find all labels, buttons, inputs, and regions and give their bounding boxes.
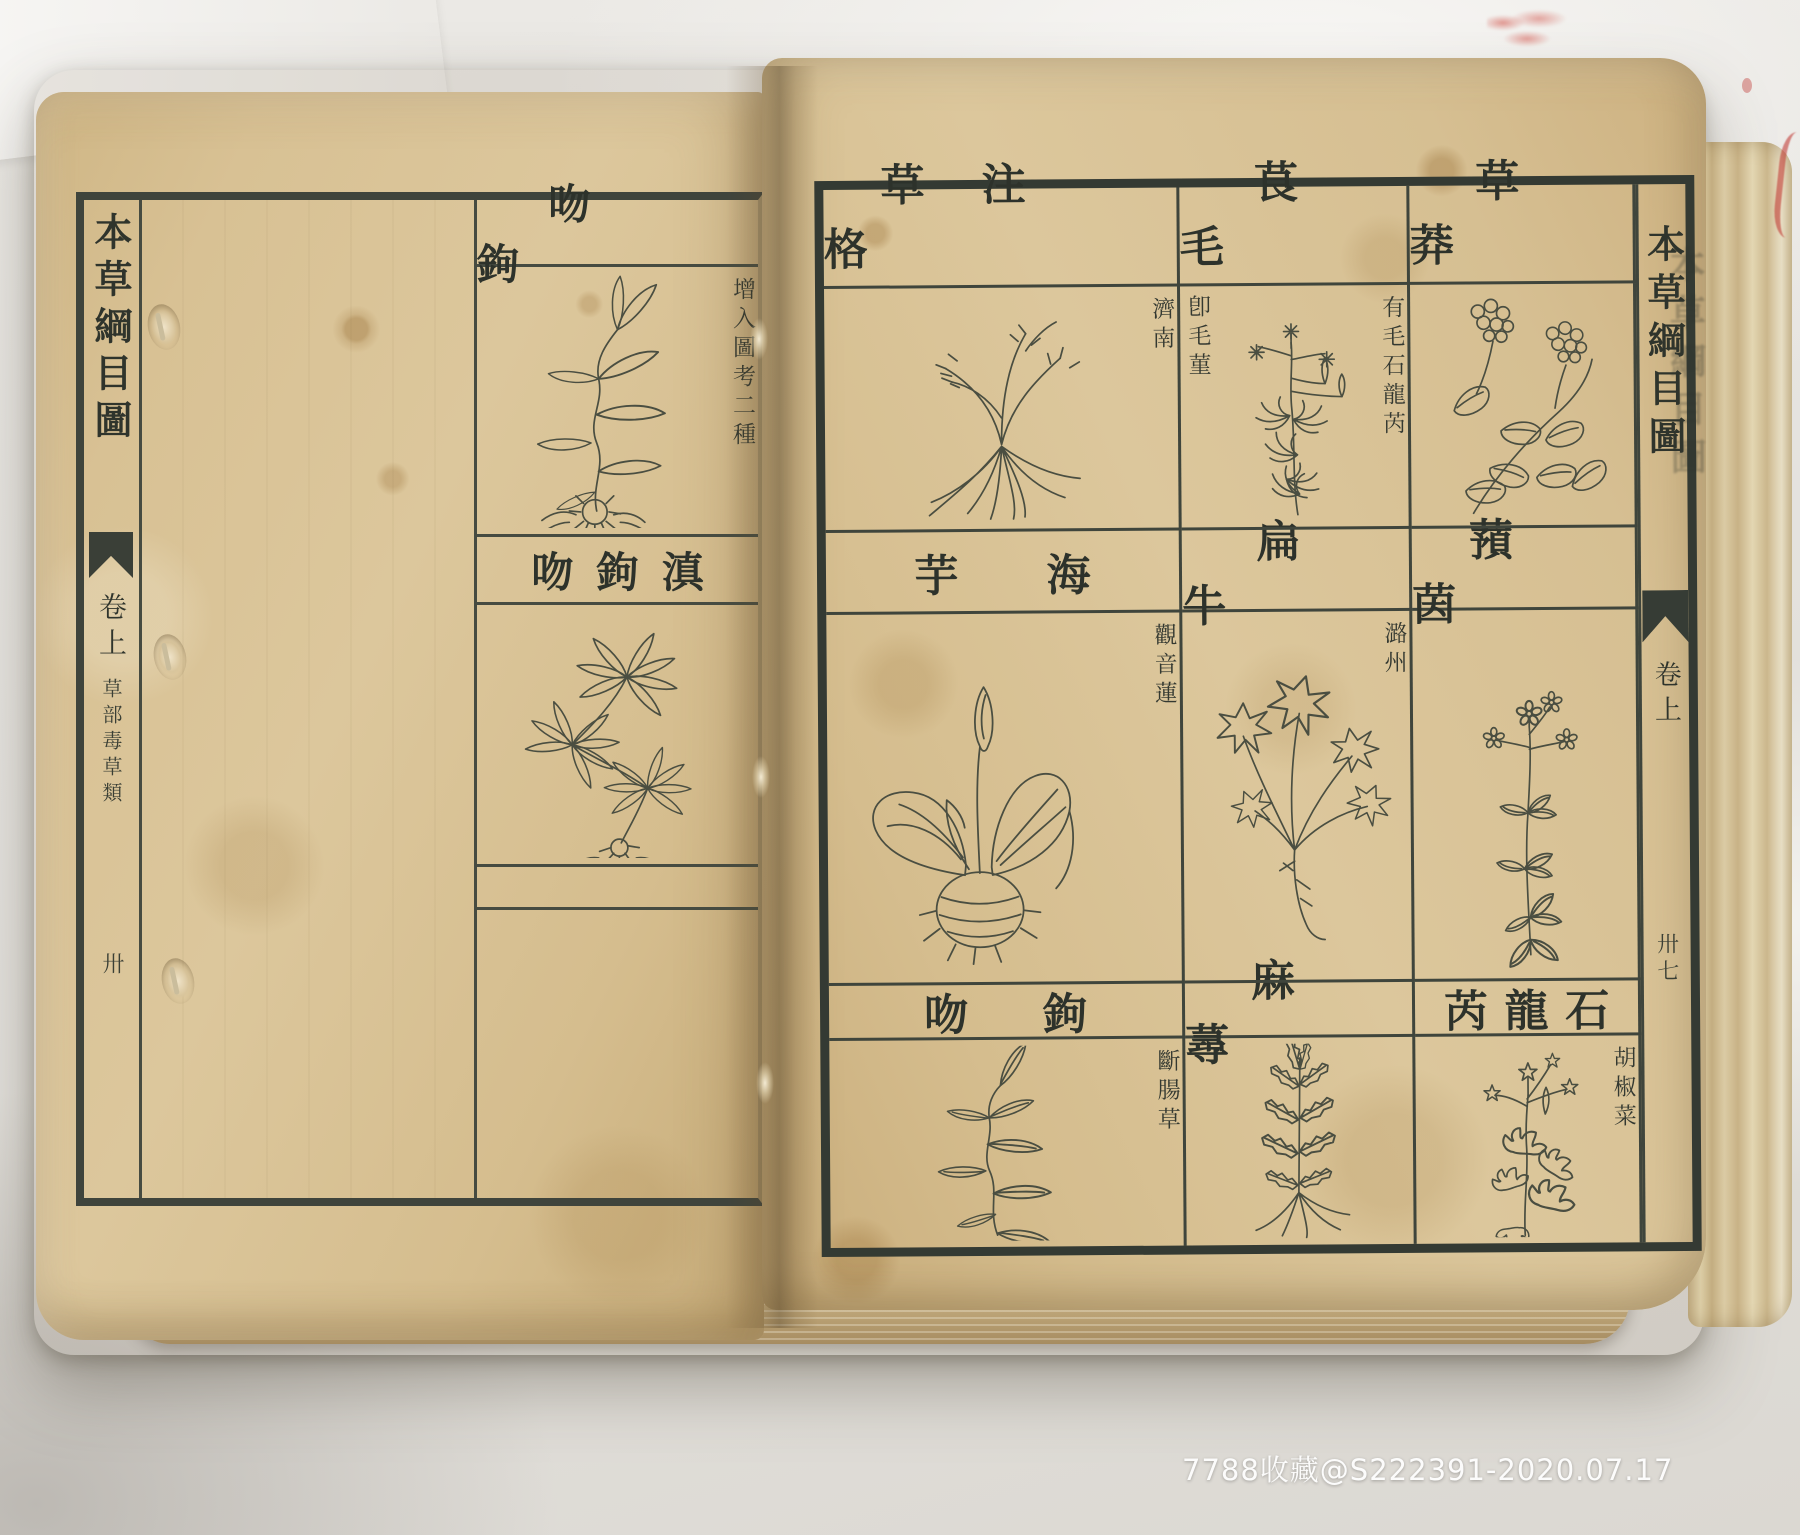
photo-of-antique-herbal-book: 本草綱目圖 卷上 草部毒草類 卅 吻鉤 增入圖考二種 — [0, 0, 1800, 1535]
right-page-spine-margin: 本草綱目圖 本草綱目圖 卷上 卅七 — [1635, 184, 1692, 1242]
panel-title-dian-gouwen: 吻鉤滇 — [477, 537, 758, 605]
plant-illustration-shilongrui — [1421, 1041, 1633, 1237]
cell-yinyu — [1412, 609, 1641, 982]
panel-dian-gouwen — [477, 605, 758, 867]
left-page-spine-margin: 本草綱目圖 卷上 草部毒草類 卅 — [84, 200, 142, 1198]
watermark: 7788收藏@S222391-2020.07.17 — [1182, 1448, 1673, 1489]
plant-illustration-gouwen — [483, 273, 752, 528]
panel-gouwen: 增入圖考二種 — [477, 267, 758, 537]
page-number: 卅 — [100, 952, 122, 974]
cell-title-gouwen2: 吻鉤 — [829, 984, 1185, 1041]
binding-stitch — [750, 318, 768, 360]
cell-niubian: 潞州 — [1182, 611, 1415, 984]
right-page-printed-frame: 草注格 茛毛 草莽 濟南 卽毛菫 有毛石龍芮 — [814, 175, 1701, 1257]
cell-mangcao — [1410, 283, 1638, 529]
right-page: 草注格 茛毛 草莽 濟南 卽毛菫 有毛石龍芮 — [762, 58, 1706, 1310]
fishtail-mark — [89, 532, 133, 578]
left-page-printed-frame: 本草綱目圖 卷上 草部毒草類 卅 吻鉤 增入圖考二種 — [76, 192, 764, 1206]
plant-illustration-dian-gouwen — [483, 611, 752, 858]
left-page-illustration-column: 吻鉤 增入圖考二種 — [477, 200, 758, 1198]
cell-gezhucao: 濟南 — [824, 287, 1182, 533]
book-title-vertical: 本草綱目圖 — [91, 212, 129, 447]
cell-haiyu: 觀音蓮 — [826, 613, 1185, 986]
plant-illustration-mangcao — [1416, 289, 1629, 519]
cell-title-shilongrui: 芮龍石 — [1415, 980, 1641, 1037]
cell-title-maogen: 茛毛 — [1179, 186, 1410, 287]
left-page: 本草綱目圖 卷上 草部毒草類 卅 吻鉤 增入圖考二種 — [36, 92, 764, 1340]
red-ink-dot — [1742, 78, 1752, 93]
binding-stitch — [756, 1062, 774, 1104]
section-label: 草部毒草類 — [101, 678, 121, 808]
plant-illustration-haiyu — [832, 619, 1175, 977]
cell-title-yinyu: 蕷茵 — [1412, 527, 1639, 611]
binding-stitch — [752, 756, 770, 798]
cell-title-niubian: 扁牛 — [1182, 529, 1413, 613]
blank-area — [142, 200, 474, 1198]
plant-illustration-niubian — [1188, 617, 1405, 974]
plant-illustration-gezhucao — [830, 293, 1173, 524]
volume-label: 卷上 — [97, 592, 125, 664]
cell-title-mangcao: 草莽 — [1409, 184, 1636, 285]
plant-illustration-qianma — [1191, 1043, 1407, 1239]
cell-title-haiyu: 芋海 — [826, 531, 1183, 615]
cell-gouwen2: 斷腸草 — [829, 1039, 1186, 1248]
empty-strip — [477, 867, 758, 910]
panel-title-gouwen: 吻鉤 — [477, 200, 758, 267]
cell-shilongrui: 胡椒菜 — [1415, 1035, 1642, 1244]
fishtail-mark — [1642, 590, 1688, 642]
cell-title-qianma: 麻蕁 — [1185, 982, 1415, 1039]
cell-maogen: 卽毛菫 有毛石龍芮 — [1180, 285, 1412, 531]
red-ink-marks — [1487, 6, 1567, 48]
book-title-vertical: 本草綱目圖 — [1644, 224, 1684, 464]
plant-illustration-maogen — [1186, 291, 1403, 521]
illustration-grid: 草注格 茛毛 草莽 濟南 卽毛菫 有毛石龍芮 — [823, 184, 1642, 1248]
cell-title-gezhucao: 草注格 — [823, 188, 1180, 289]
plant-illustration-yinyu — [1418, 615, 1631, 972]
plant-illustration-gouwen2 — [835, 1045, 1177, 1242]
page-number: 卅七 — [1655, 932, 1677, 986]
volume-label: 卷上 — [1652, 660, 1679, 730]
cell-qianma — [1185, 1037, 1416, 1246]
